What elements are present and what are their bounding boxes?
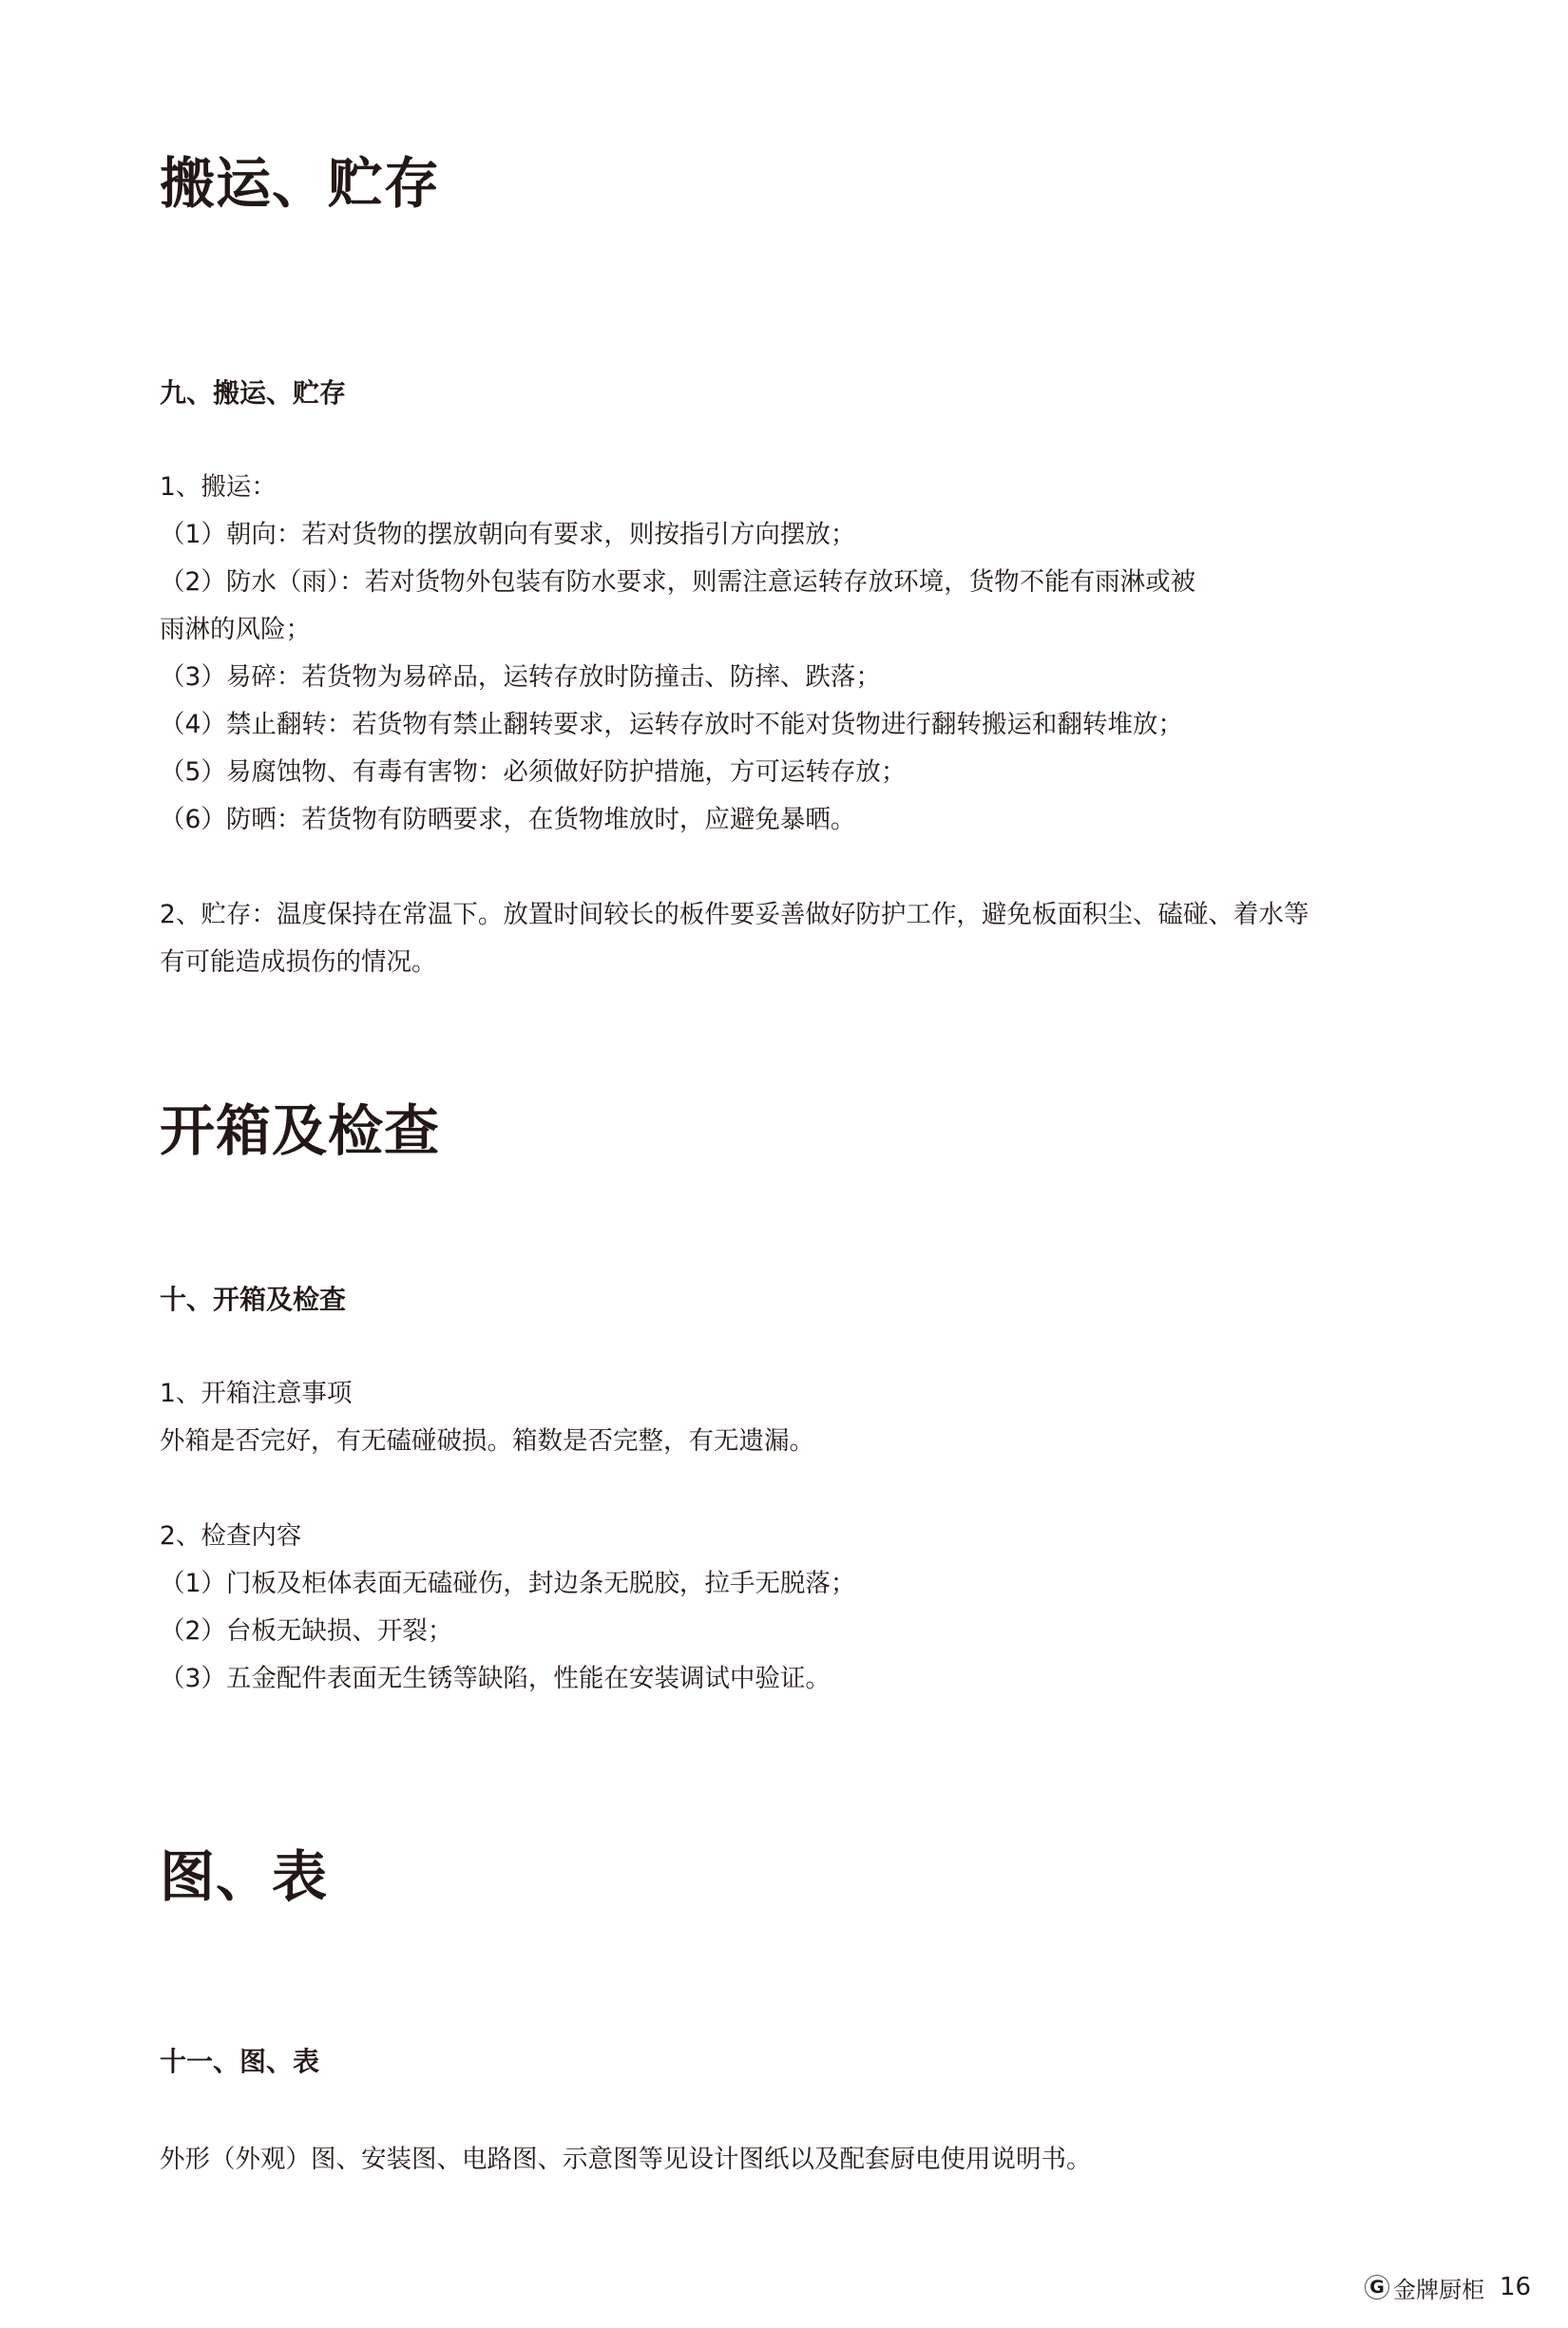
paragraph-line: 1、开箱注意事项 — [160, 1370, 1452, 1418]
unpacking-notes: 1、开箱注意事项 外箱是否完好，有无磕碰破损。箱数是否完整，有无遗漏。 — [160, 1370, 1452, 1465]
list-item: （1）朝向：若对货物的摆放朝向有要求，则按指引方向摆放； — [160, 511, 1452, 559]
list-item: （6）防晒：若货物有防晒要求，在货物堆放时，应避免暴晒。 — [160, 796, 1452, 844]
storage-paragraph: 2、贮存：温度保持在常温下。放置时间较长的板件要妥善做好防护工作，避免板面积尘、… — [160, 891, 1452, 986]
list-item: （2）台板无缺损、开裂； — [160, 1608, 1452, 1655]
logo-letter: G — [1369, 2279, 1385, 2297]
inspection-list: 2、检查内容 （1）门板及柜体表面无磕碰伤，封边条无脱胶，拉手无脱落； （2）台… — [160, 1513, 1452, 1703]
list-item: （4）禁止翻转：若货物有禁止翻转要求，运转存放时不能对货物进行翻转搬运和翻转堆放… — [160, 701, 1452, 749]
section-title-drawings-tables: 图、表 — [160, 1843, 328, 1910]
list-item: 2、检查内容 — [160, 1513, 1452, 1560]
list-item: （2）防水（雨）：若对货物外包装有防水要求，则需注意运转存放环境，货物不能有雨淋… — [160, 559, 1452, 606]
drawings-paragraph: 外形（外观）图、安装图、电路图、示意图等见设计图纸以及配套厨电使用说明书。 — [160, 2136, 1452, 2184]
paragraph-line: 有可能造成损伤的情况。 — [160, 939, 1452, 986]
section-heading-9: 九、搬运、贮存 — [160, 374, 346, 412]
list-item: （5）易腐蚀物、有毒有害物：必须做好防护措施，方可运转存放； — [160, 749, 1452, 796]
page-number: 16 — [1500, 2273, 1531, 2301]
paragraph-line: 外形（外观）图、安装图、电路图、示意图等见设计图纸以及配套厨电使用说明书。 — [160, 2136, 1452, 2184]
list-item: 雨淋的风险； — [160, 606, 1452, 654]
list-item: （1）门板及柜体表面无磕碰伤，封边条无脱胶，拉手无脱落； — [160, 1560, 1452, 1608]
section-heading-10: 十、开箱及检查 — [160, 1281, 346, 1319]
list-item: 1、搬运： — [160, 464, 1452, 511]
transport-list: 1、搬运： （1）朝向：若对货物的摆放朝向有要求，则按指引方向摆放； （2）防水… — [160, 464, 1452, 844]
section-title-unpacking-inspection: 开箱及检查 — [160, 1097, 440, 1164]
list-item: （3）易碎：若货物为易碎品，运转存放时防撞击、防摔、跌落； — [160, 654, 1452, 701]
brand-name: 金牌厨柜 — [1393, 2271, 1484, 2304]
page-footer: G 金牌厨柜 16 — [1365, 2271, 1531, 2303]
section-title-transport-storage: 搬运、贮存 — [160, 150, 440, 217]
section-heading-11: 十一、图、表 — [160, 2043, 319, 2081]
brand-logo-icon: G — [1365, 2275, 1389, 2299]
list-item: （3）五金配件表面无生锈等缺陷，性能在安装调试中验证。 — [160, 1655, 1452, 1703]
paragraph-line: 2、贮存：温度保持在常温下。放置时间较长的板件要妥善做好防护工作，避免板面积尘、… — [160, 891, 1452, 939]
paragraph-line: 外箱是否完好，有无磕碰破损。箱数是否完整，有无遗漏。 — [160, 1418, 1452, 1465]
